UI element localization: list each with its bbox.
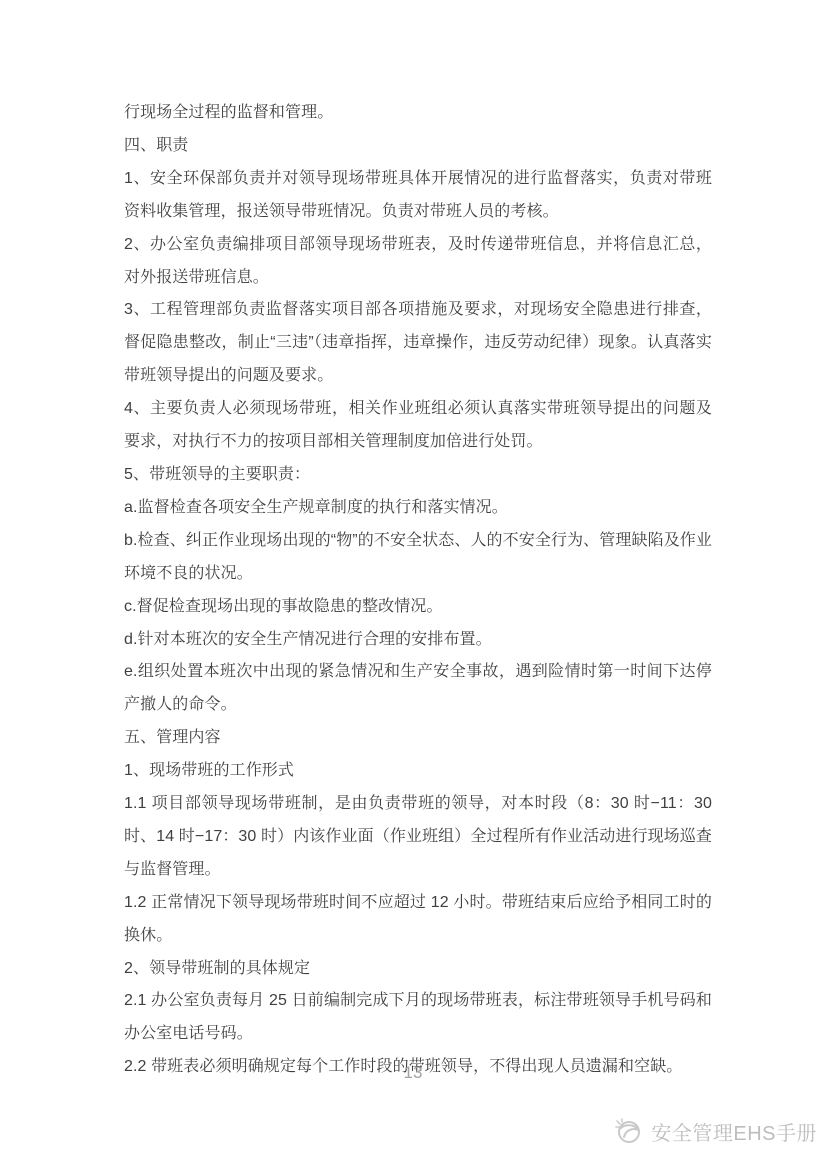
paragraph: 3、工程管理部负责监督落实项目部各项措施及要求，对现场安全隐患进行排查，督促隐患… bbox=[124, 294, 712, 393]
paragraph: 4、主要负责人必须现场带班，相关作业班组必须认真落实带班领导提出的问题及要求，对… bbox=[124, 393, 712, 459]
document-body: 行现场全过程的监督和管理。四、职责1、安全环保部负责并对领导现场带班具体开展情况… bbox=[124, 97, 712, 1084]
paragraph: 1、安全环保部负责并对领导现场带班具体开展情况的进行监督落实，负责对带班资料收集… bbox=[124, 163, 712, 229]
footer-brand-text: 安全管理EHS手册 bbox=[651, 1117, 817, 1146]
paragraph: 1.2 正常情况下领导现场带班时间不应超过 12 小时。带班结束后应给予相同工时… bbox=[124, 887, 712, 953]
paragraph: d.针对本班次的安全生产情况进行合理的安排布置。 bbox=[124, 624, 712, 657]
paragraph: 2.1 办公室负责每月 25 日前编制完成下月的现场带班表，标注带班领导手机号码… bbox=[124, 985, 712, 1051]
paragraph: c.督促检查现场出现的事故隐患的整改情况。 bbox=[124, 591, 712, 624]
page-number: 13 bbox=[0, 1062, 826, 1084]
paragraph: 1.1 项目部领导现场带班制，是由负责带班的领导，对本时段（8：30 时−11：… bbox=[124, 788, 712, 887]
paragraph: 2、办公室负责编排项目部领导现场带班表，及时传递带班信息，并将信息汇总，对外报送… bbox=[124, 229, 712, 295]
paragraph: 五、管理内容 bbox=[124, 722, 712, 755]
ehs-logo-icon bbox=[611, 1115, 645, 1147]
paragraph: 2、领导带班制的具体规定 bbox=[124, 953, 712, 986]
paragraph: 四、职责 bbox=[124, 130, 712, 163]
paragraph: b.检查、纠正作业现场出现的“物”的不安全状态、人的不安全行为、管理缺陷及作业环… bbox=[124, 525, 712, 591]
paragraph: 5、带班领导的主要职责： bbox=[124, 459, 712, 492]
paragraph: 1、现场带班的工作形式 bbox=[124, 755, 712, 788]
footer-brand: 安全管理EHS手册 bbox=[611, 1112, 817, 1150]
paragraph: 行现场全过程的监督和管理。 bbox=[124, 97, 712, 130]
paragraph: e.组织处置本班次中出现的紧急情况和生产安全事故，遇到险情时第一时间下达停产撤人… bbox=[124, 656, 712, 722]
document-page: 行现场全过程的监督和管理。四、职责1、安全环保部负责并对领导现场带班具体开展情况… bbox=[0, 0, 826, 1168]
paragraph: a.监督检查各项安全生产规章制度的执行和落实情况。 bbox=[124, 492, 712, 525]
